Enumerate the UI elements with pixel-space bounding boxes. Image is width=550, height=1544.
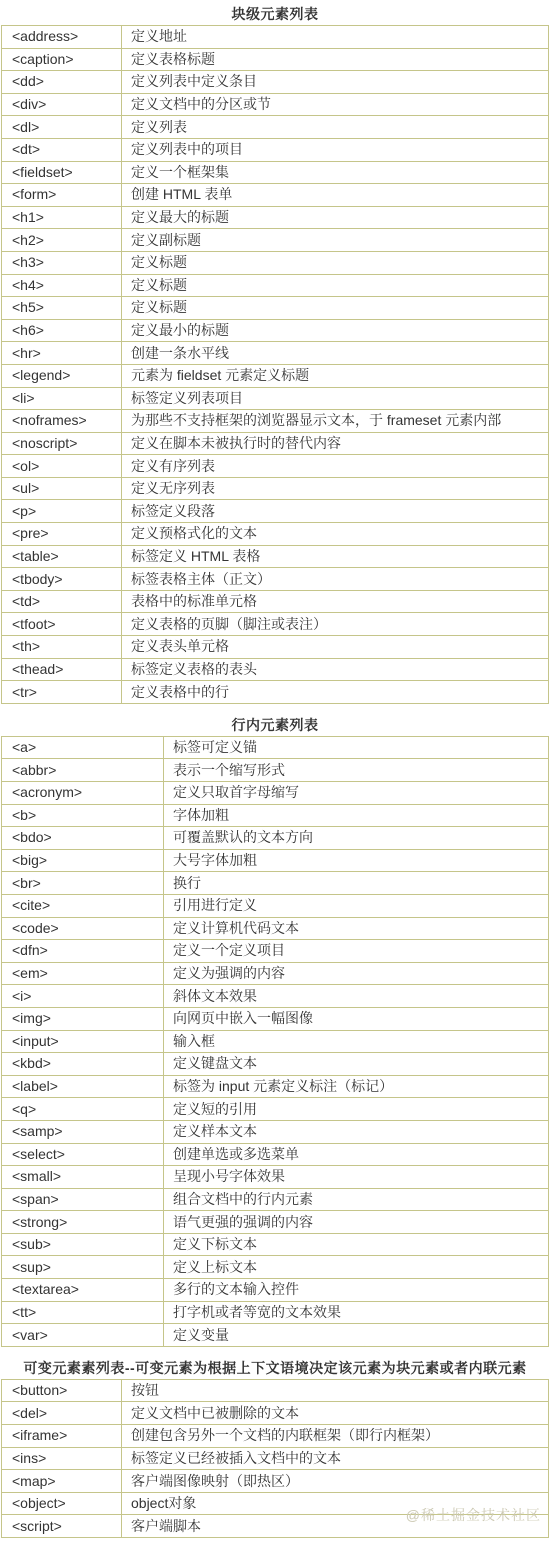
tag-cell: <button> xyxy=(2,1379,122,1402)
tag-cell: <ul> xyxy=(2,477,122,500)
table-row: <var> 定义变量 xyxy=(2,1324,549,1347)
description-cell: 定义表格的页脚（脚注或表注） xyxy=(122,613,549,636)
description-cell: 定义一个框架集 xyxy=(122,161,549,184)
inline-elements-section: 行内元素列表 <a> 标签可定义锚 <abbr> 表示一个缩写形式 <acro xyxy=(1,717,549,1347)
tag-cell: <big> xyxy=(2,849,164,872)
tag-cell: <a> xyxy=(2,736,164,759)
table-row: <dt> 定义列表中的项目 xyxy=(2,138,549,161)
table-row: <tr> 定义表格中的行 xyxy=(2,681,549,704)
table-row: <tfoot> 定义表格的页脚（脚注或表注） xyxy=(2,613,549,636)
tag-cell: <br> xyxy=(2,872,164,895)
table-row: <samp> 定义样本文本 xyxy=(2,1120,549,1143)
table-row: <h5> 定义标题 xyxy=(2,297,549,320)
description-cell: 表格中的标准单元格 xyxy=(122,590,549,613)
description-cell: 定义列表 xyxy=(122,116,549,139)
tag-cell: <ins> xyxy=(2,1447,122,1470)
tag-cell: <acronym> xyxy=(2,782,164,805)
inline-elements-tbody: <a> 标签可定义锚 <abbr> 表示一个缩写形式 <acronym> 定义只… xyxy=(2,736,549,1346)
table-row: <map> 客户端图像映射（即热区） xyxy=(2,1470,549,1493)
description-cell: 定义键盘文本 xyxy=(164,1053,549,1076)
table-row: <h2> 定义副标题 xyxy=(2,229,549,252)
description-cell: 定义文档中的分区或节 xyxy=(122,93,549,116)
tag-cell: <h5> xyxy=(2,297,122,320)
description-cell: 为那些不支持框架的浏览器显示文本，于 frameset 元素内部 xyxy=(122,410,549,433)
tag-cell: <table> xyxy=(2,545,122,568)
table-row: <th> 定义表头单元格 xyxy=(2,636,549,659)
table-row: <tt> 打字机或者等宽的文本效果 xyxy=(2,1301,549,1324)
description-cell: 定义最小的标题 xyxy=(122,319,549,342)
tag-cell: <h3> xyxy=(2,251,122,274)
tag-cell: <form> xyxy=(2,184,122,207)
tag-cell: <i> xyxy=(2,985,164,1008)
tag-cell: <dt> xyxy=(2,138,122,161)
description-cell: 定义副标题 xyxy=(122,229,549,252)
table-row: <p> 标签定义段落 xyxy=(2,500,549,523)
tag-cell: <label> xyxy=(2,1075,164,1098)
description-cell: 定义计算机代码文本 xyxy=(164,917,549,940)
tag-cell: <del> xyxy=(2,1402,122,1425)
description-cell: 定义表格中的行 xyxy=(122,681,549,704)
tag-cell: <ol> xyxy=(2,455,122,478)
description-cell: 定义标题 xyxy=(122,274,549,297)
description-cell: 标签定义段落 xyxy=(122,500,549,523)
description-cell: 定义样本文本 xyxy=(164,1120,549,1143)
variable-elements-title: 可变元素素列表--可变元素为根据上下文语境决定该元素为块元素或者内联元素 xyxy=(1,1360,549,1376)
description-cell: 定义列表中的项目 xyxy=(122,138,549,161)
table-row: <span> 组合文档中的行内元素 xyxy=(2,1188,549,1211)
description-cell: 创建包含另外一个文档的内联框架（即行内框架） xyxy=(122,1425,549,1448)
description-cell: 引用进行定义 xyxy=(164,894,549,917)
block-elements-section: 块级元素列表 <address> 定义地址 <caption> 定义表格标题 xyxy=(1,6,549,704)
tag-cell: <em> xyxy=(2,962,164,985)
table-row: <dd> 定义列表中定义条目 xyxy=(2,71,549,94)
description-cell: 定义最大的标题 xyxy=(122,206,549,229)
tag-cell: <map> xyxy=(2,1470,122,1493)
description-cell: 定义无序列表 xyxy=(122,477,549,500)
description-cell: 标签定义表格的表头 xyxy=(122,658,549,681)
tag-cell: <script> xyxy=(2,1515,122,1538)
description-cell: 打字机或者等宽的文本效果 xyxy=(164,1301,549,1324)
table-row: <acronym> 定义只取首字母缩写 xyxy=(2,782,549,805)
tag-cell: <code> xyxy=(2,917,164,940)
tag-cell: <sub> xyxy=(2,1233,164,1256)
tag-cell: <dfn> xyxy=(2,940,164,963)
table-row: <h1> 定义最大的标题 xyxy=(2,206,549,229)
tag-cell: <div> xyxy=(2,93,122,116)
tag-cell: <h2> xyxy=(2,229,122,252)
tag-cell: <tbody> xyxy=(2,568,122,591)
description-cell: 表示一个缩写形式 xyxy=(164,759,549,782)
table-row: <a> 标签可定义锚 xyxy=(2,736,549,759)
table-row: <sup> 定义上标文本 xyxy=(2,1256,549,1279)
table-row: <ol> 定义有序列表 xyxy=(2,455,549,478)
table-row: <iframe> 创建包含另外一个文档的内联框架（即行内框架） xyxy=(2,1425,549,1448)
tag-cell: <select> xyxy=(2,1143,164,1166)
tag-cell: <iframe> xyxy=(2,1425,122,1448)
description-cell: 斜体文本效果 xyxy=(164,985,549,1008)
tag-cell: <sup> xyxy=(2,1256,164,1279)
description-cell: 定义标题 xyxy=(122,297,549,320)
inline-elements-title: 行内元素列表 xyxy=(1,717,549,733)
description-cell: 定义表头单元格 xyxy=(122,636,549,659)
tag-cell: <span> xyxy=(2,1188,164,1211)
description-cell: 创建单选或多选菜单 xyxy=(164,1143,549,1166)
tag-cell: <object> xyxy=(2,1492,122,1515)
table-row: <form> 创建 HTML 表单 xyxy=(2,184,549,207)
description-cell: 标签定义列表项目 xyxy=(122,387,549,410)
description-cell: 定义上标文本 xyxy=(164,1256,549,1279)
description-cell: 标签定义已经被插入文档中的文本 xyxy=(122,1447,549,1470)
description-cell: 定义一个定义项目 xyxy=(164,940,549,963)
table-row: <thead> 标签定义表格的表头 xyxy=(2,658,549,681)
description-cell: 按钮 xyxy=(122,1379,549,1402)
tag-cell: <th> xyxy=(2,636,122,659)
description-cell: 定义表格标题 xyxy=(122,48,549,71)
tag-cell: <hr> xyxy=(2,342,122,365)
tag-cell: <strong> xyxy=(2,1211,164,1234)
description-cell: 定义预格式化的文本 xyxy=(122,523,549,546)
tag-cell: <pre> xyxy=(2,523,122,546)
tag-cell: <img> xyxy=(2,1007,164,1030)
table-row: <dl> 定义列表 xyxy=(2,116,549,139)
description-cell: 定义变量 xyxy=(164,1324,549,1347)
description-cell: 可覆盖默认的文本方向 xyxy=(164,827,549,850)
page: 块级元素列表 <address> 定义地址 <caption> 定义表格标题 xyxy=(0,6,550,1538)
tag-cell: <td> xyxy=(2,590,122,613)
table-row: <bdo> 可覆盖默认的文本方向 xyxy=(2,827,549,850)
table-row: <q> 定义短的引用 xyxy=(2,1098,549,1121)
tag-cell: <kbd> xyxy=(2,1053,164,1076)
tag-cell: <small> xyxy=(2,1166,164,1189)
tag-cell: <input> xyxy=(2,1030,164,1053)
table-row: <del> 定义文档中已被删除的文本 xyxy=(2,1402,549,1425)
description-cell: 定义为强调的内容 xyxy=(164,962,549,985)
description-cell: 定义标题 xyxy=(122,251,549,274)
table-row: <code> 定义计算机代码文本 xyxy=(2,917,549,940)
tag-cell: <tt> xyxy=(2,1301,164,1324)
description-cell: 定义下标文本 xyxy=(164,1233,549,1256)
table-row: <ul> 定义无序列表 xyxy=(2,477,549,500)
tag-cell: <li> xyxy=(2,387,122,410)
description-cell: 大号字体加粗 xyxy=(164,849,549,872)
table-row: <td> 表格中的标准单元格 xyxy=(2,590,549,613)
description-cell: 组合文档中的行内元素 xyxy=(164,1188,549,1211)
table-row: <table> 标签定义 HTML 表格 xyxy=(2,545,549,568)
table-row: <button> 按钮 xyxy=(2,1379,549,1402)
table-row: <small> 呈现小号字体效果 xyxy=(2,1166,549,1189)
tag-cell: <fieldset> xyxy=(2,161,122,184)
table-row: <textarea> 多行的文本输入控件 xyxy=(2,1279,549,1302)
table-row: <ins> 标签定义已经被插入文档中的文本 xyxy=(2,1447,549,1470)
table-row: <img> 向网页中嵌入一幅图像 xyxy=(2,1007,549,1030)
tag-cell: <h1> xyxy=(2,206,122,229)
tag-cell: <noscript> xyxy=(2,432,122,455)
tag-cell: <legend> xyxy=(2,364,122,387)
description-cell: 定义在脚本未被执行时的替代内容 xyxy=(122,432,549,455)
description-cell: 元素为 fieldset 元素定义标题 xyxy=(122,364,549,387)
table-row: <legend> 元素为 fieldset 元素定义标题 xyxy=(2,364,549,387)
watermark: @稀土掘金技术社区 xyxy=(406,1505,541,1525)
table-row: <kbd> 定义键盘文本 xyxy=(2,1053,549,1076)
description-cell: 语气更强的强调的内容 xyxy=(164,1211,549,1234)
tag-cell: <samp> xyxy=(2,1120,164,1143)
description-cell: 定义列表中定义条目 xyxy=(122,71,549,94)
table-row: <sub> 定义下标文本 xyxy=(2,1233,549,1256)
description-cell: 向网页中嵌入一幅图像 xyxy=(164,1007,549,1030)
description-cell: 定义有序列表 xyxy=(122,455,549,478)
tag-cell: <b> xyxy=(2,804,164,827)
table-row: <label> 标签为 input 元素定义标注（标记） xyxy=(2,1075,549,1098)
table-row: <i> 斜体文本效果 xyxy=(2,985,549,1008)
tag-cell: <p> xyxy=(2,500,122,523)
inline-elements-table: <a> 标签可定义锚 <abbr> 表示一个缩写形式 <acronym> 定义只… xyxy=(1,736,549,1347)
table-row: <tbody> 标签表格主体（正文） xyxy=(2,568,549,591)
tag-cell: <caption> xyxy=(2,48,122,71)
description-cell: 呈现小号字体效果 xyxy=(164,1166,549,1189)
tag-cell: <dl> xyxy=(2,116,122,139)
table-row: <fieldset> 定义一个框架集 xyxy=(2,161,549,184)
tag-cell: <q> xyxy=(2,1098,164,1121)
tag-cell: <thead> xyxy=(2,658,122,681)
block-elements-table: <address> 定义地址 <caption> 定义表格标题 <dd> 定义列… xyxy=(1,25,549,704)
block-elements-title: 块级元素列表 xyxy=(1,6,549,22)
description-cell: 标签为 input 元素定义标注（标记） xyxy=(164,1075,549,1098)
table-row: <b> 字体加粗 xyxy=(2,804,549,827)
table-row: <strong> 语气更强的强调的内容 xyxy=(2,1211,549,1234)
description-cell: 标签定义 HTML 表格 xyxy=(122,545,549,568)
description-cell: 多行的文本输入控件 xyxy=(164,1279,549,1302)
tag-cell: <address> xyxy=(2,26,122,49)
tag-cell: <h6> xyxy=(2,319,122,342)
tag-cell: <noframes> xyxy=(2,410,122,433)
description-cell: 定义短的引用 xyxy=(164,1098,549,1121)
tag-cell: <h4> xyxy=(2,274,122,297)
tag-cell: <var> xyxy=(2,1324,164,1347)
tag-cell: <dd> xyxy=(2,71,122,94)
description-cell: 输入框 xyxy=(164,1030,549,1053)
table-row: <h3> 定义标题 xyxy=(2,251,549,274)
table-row: <noscript> 定义在脚本未被执行时的替代内容 xyxy=(2,432,549,455)
table-row: <h6> 定义最小的标题 xyxy=(2,319,549,342)
description-cell: 客户端图像映射（即热区） xyxy=(122,1470,549,1493)
description-cell: 定义文档中已被删除的文本 xyxy=(122,1402,549,1425)
table-row: <div> 定义文档中的分区或节 xyxy=(2,93,549,116)
table-row: <dfn> 定义一个定义项目 xyxy=(2,940,549,963)
description-cell: 定义地址 xyxy=(122,26,549,49)
table-row: <h4> 定义标题 xyxy=(2,274,549,297)
description-cell: 字体加粗 xyxy=(164,804,549,827)
table-row: <em> 定义为强调的内容 xyxy=(2,962,549,985)
table-row: <address> 定义地址 xyxy=(2,26,549,49)
table-row: <select> 创建单选或多选菜单 xyxy=(2,1143,549,1166)
tag-cell: <tr> xyxy=(2,681,122,704)
table-row: <input> 输入框 xyxy=(2,1030,549,1053)
tag-cell: <textarea> xyxy=(2,1279,164,1302)
table-row: <cite> 引用进行定义 xyxy=(2,894,549,917)
tag-cell: <bdo> xyxy=(2,827,164,850)
table-row: <li> 标签定义列表项目 xyxy=(2,387,549,410)
description-cell: 创建一条水平线 xyxy=(122,342,549,365)
table-row: <abbr> 表示一个缩写形式 xyxy=(2,759,549,782)
description-cell: 创建 HTML 表单 xyxy=(122,184,549,207)
table-row: <big> 大号字体加粗 xyxy=(2,849,549,872)
tag-cell: <tfoot> xyxy=(2,613,122,636)
table-row: <noframes> 为那些不支持框架的浏览器显示文本，于 frameset 元… xyxy=(2,410,549,433)
description-cell: 标签表格主体（正文） xyxy=(122,568,549,591)
description-cell: 标签可定义锚 xyxy=(164,736,549,759)
description-cell: 定义只取首字母缩写 xyxy=(164,782,549,805)
table-row: <pre> 定义预格式化的文本 xyxy=(2,523,549,546)
description-cell: 换行 xyxy=(164,872,549,895)
tag-cell: <abbr> xyxy=(2,759,164,782)
table-row: <br> 换行 xyxy=(2,872,549,895)
tag-cell: <cite> xyxy=(2,894,164,917)
table-row: <hr> 创建一条水平线 xyxy=(2,342,549,365)
table-row: <caption> 定义表格标题 xyxy=(2,48,549,71)
block-elements-tbody: <address> 定义地址 <caption> 定义表格标题 <dd> 定义列… xyxy=(2,26,549,704)
